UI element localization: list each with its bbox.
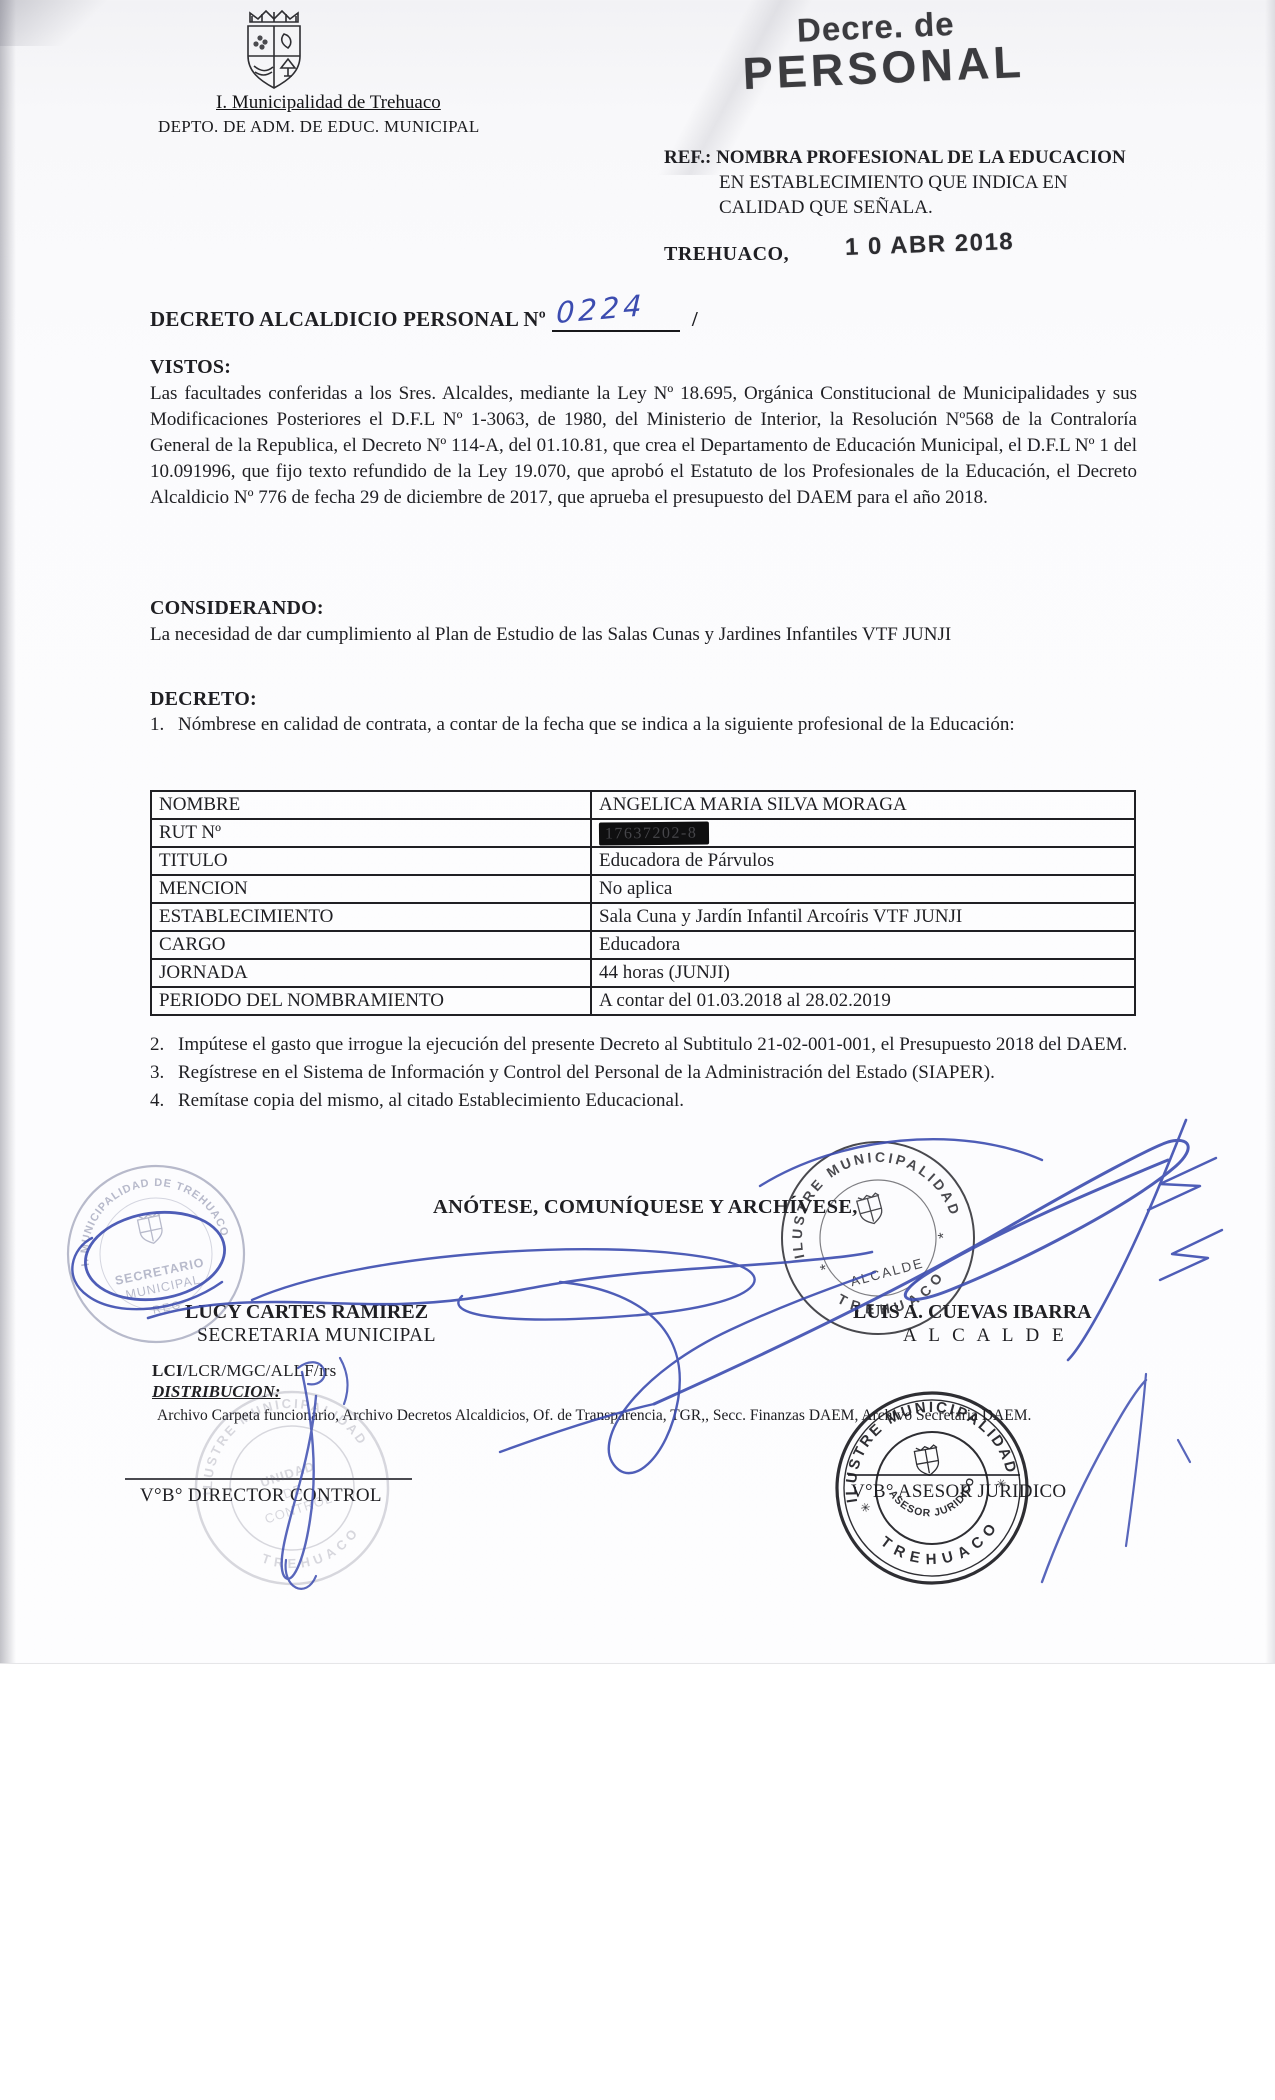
ref-line-3: CALIDAD QUE SEÑALA.: [719, 197, 933, 219]
table-cell-label: PERIODO DEL NOMBRAMIENTO: [151, 987, 591, 1015]
item-number: 3.: [150, 1059, 178, 1086]
handwritten-decree-number: 0224: [555, 288, 646, 330]
item-text: Impútese el gasto que irrogue la ejecuci…: [178, 1031, 1150, 1058]
table-cell-value: Educadora de Párvulos: [591, 847, 1135, 875]
item-text: Regístrese en el Sistema de Información …: [178, 1059, 1150, 1086]
decree-item-1: 1. Nómbrese en calidad de contrata, a co…: [150, 711, 1150, 738]
vistos-body: Las facultades conferidas a los Sres. Al…: [150, 381, 1137, 511]
table-cell-value: 44 horas (JUNJI): [591, 959, 1135, 987]
decree-item-2: 2. Impútese el gasto que irrogue la ejec…: [150, 1031, 1150, 1058]
vb-asesor-juridico: V°B° ASESOR JURIDICO: [851, 1481, 1066, 1503]
scan-shadow-left: [0, 0, 16, 1663]
considerando-body: La necesidad de dar cumplimiento al Plan…: [150, 622, 1137, 648]
signature-line-director-control: [125, 1478, 412, 1480]
initials-lead: LCI: [152, 1361, 183, 1380]
place-label: TREHUACO,: [664, 243, 789, 266]
decree-item-4: 4. Remítase copia del mismo, al citado E…: [150, 1087, 1150, 1114]
vistos-heading: VISTOS:: [150, 356, 231, 379]
item-number: 4.: [150, 1087, 178, 1114]
signature-line-asesor-juridico: [848, 1474, 1020, 1476]
decree-number-label: DECRETO ALCALDICIO PERSONAL Nº: [150, 307, 546, 331]
table-cell-label: JORNADA: [151, 959, 591, 987]
table-row: CARGO Educadora: [151, 931, 1135, 959]
decree-number-line: DECRETO ALCALDICIO PERSONAL Nº0224/: [150, 300, 698, 332]
decree-item-3: 3. Regístrese en el Sistema de Informaci…: [150, 1059, 1150, 1086]
mayor-name: LUIS A. CUEVAS IBARRA: [853, 1301, 1092, 1324]
redaction-box: 17637202-8: [599, 821, 710, 845]
table-row: RUT Nº 17637202-8: [151, 819, 1135, 847]
table-cell-value: Educadora: [591, 931, 1135, 959]
department-name: DEPTO. DE ADM. DE EDUC. MUNICIPAL: [158, 117, 480, 137]
appointment-table: NOMBRE ANGELICA MARIA SILVA MORAGA RUT N…: [150, 790, 1136, 1016]
redacted-rut: 17637202-8: [605, 824, 698, 842]
item-text: Nómbrese en calidad de contrata, a conta…: [178, 711, 1150, 738]
table-cell-value: A contar del 01.03.2018 al 28.02.2019: [591, 987, 1135, 1015]
ref-line-1: REF.: NOMBRA PROFESIONAL DE LA EDUCACION: [664, 147, 1126, 169]
item-number: 2.: [150, 1031, 178, 1058]
secretary-name: LUCY CARTES RAMIREZ: [185, 1301, 428, 1324]
table-cell-value: ANGELICA MARIA SILVA MORAGA: [591, 791, 1135, 819]
date-stamp: 1 0 ABR 2018: [845, 228, 1015, 262]
considerando-heading: CONSIDERANDO:: [150, 597, 324, 620]
mayor-title: A L C A L D E: [903, 1325, 1068, 1347]
table-cell-label: MENCION: [151, 875, 591, 903]
closing-formula: ANÓTESE, COMUNÍQUESE Y ARCHÍVESE,: [433, 1196, 858, 1219]
table-row: NOMBRE ANGELICA MARIA SILVA MORAGA: [151, 791, 1135, 819]
item-text: Remítase copia del mismo, al citado Esta…: [178, 1087, 1150, 1114]
initials-rest: /LCR/MGC/ALLF/irs: [183, 1361, 337, 1380]
table-cell-value: 17637202-8: [591, 819, 1135, 847]
scan-shadow-corner: [0, 0, 110, 46]
table-cell-value: No aplica: [591, 875, 1135, 903]
table-cell-label: TITULO: [151, 847, 591, 875]
table-cell-label: NOMBRE: [151, 791, 591, 819]
table-row: PERIODO DEL NOMBRAMIENTO A contar del 01…: [151, 987, 1135, 1015]
personal-decree-stamp: Decre. de PERSONAL: [740, 2, 1026, 100]
distribution-label: DISTRIBUCION:: [152, 1382, 280, 1402]
table-row: TITULO Educadora de Párvulos: [151, 847, 1135, 875]
municipal-coat-of-arms-icon: [240, 6, 308, 92]
table-row: JORNADA 44 horas (JUNJI): [151, 959, 1135, 987]
decree-number-underline: 0224: [552, 300, 680, 332]
scan-shadow-right: [1265, 0, 1275, 1663]
table-cell-value: Sala Cuna y Jardín Infantil Arcoíris VTF…: [591, 903, 1135, 931]
vb-director-control: V°B° DIRECTOR CONTROL: [140, 1485, 382, 1507]
municipality-name: I. Municipalidad de Trehuaco: [216, 92, 441, 114]
table-row: MENCION No aplica: [151, 875, 1135, 903]
ref-line-2: EN ESTABLECIMIENTO QUE INDICA EN: [719, 172, 1068, 194]
table-cell-label: CARGO: [151, 931, 591, 959]
table-cell-label: ESTABLECIMIENTO: [151, 903, 591, 931]
item-number: 1.: [150, 711, 178, 738]
drafting-initials: LCI/LCR/MGC/ALLF/irs: [152, 1361, 336, 1381]
distribution-list: Archivo Carpeta funcionario, Archivo Dec…: [157, 1407, 1167, 1425]
scanned-decree-page: I. Municipalidad de Trehuaco DEPTO. DE A…: [0, 0, 1275, 2100]
table-row: ESTABLECIMIENTO Sala Cuna y Jardín Infan…: [151, 903, 1135, 931]
secretary-title: SECRETARIA MUNICIPAL: [197, 1325, 436, 1347]
table-cell-label: RUT Nº: [151, 819, 591, 847]
decreto-heading: DECRETO:: [150, 688, 257, 711]
decree-items-2-4: 2. Impútese el gasto que irrogue la ejec…: [150, 1031, 1150, 1115]
decree-number-slash: /: [692, 307, 698, 331]
